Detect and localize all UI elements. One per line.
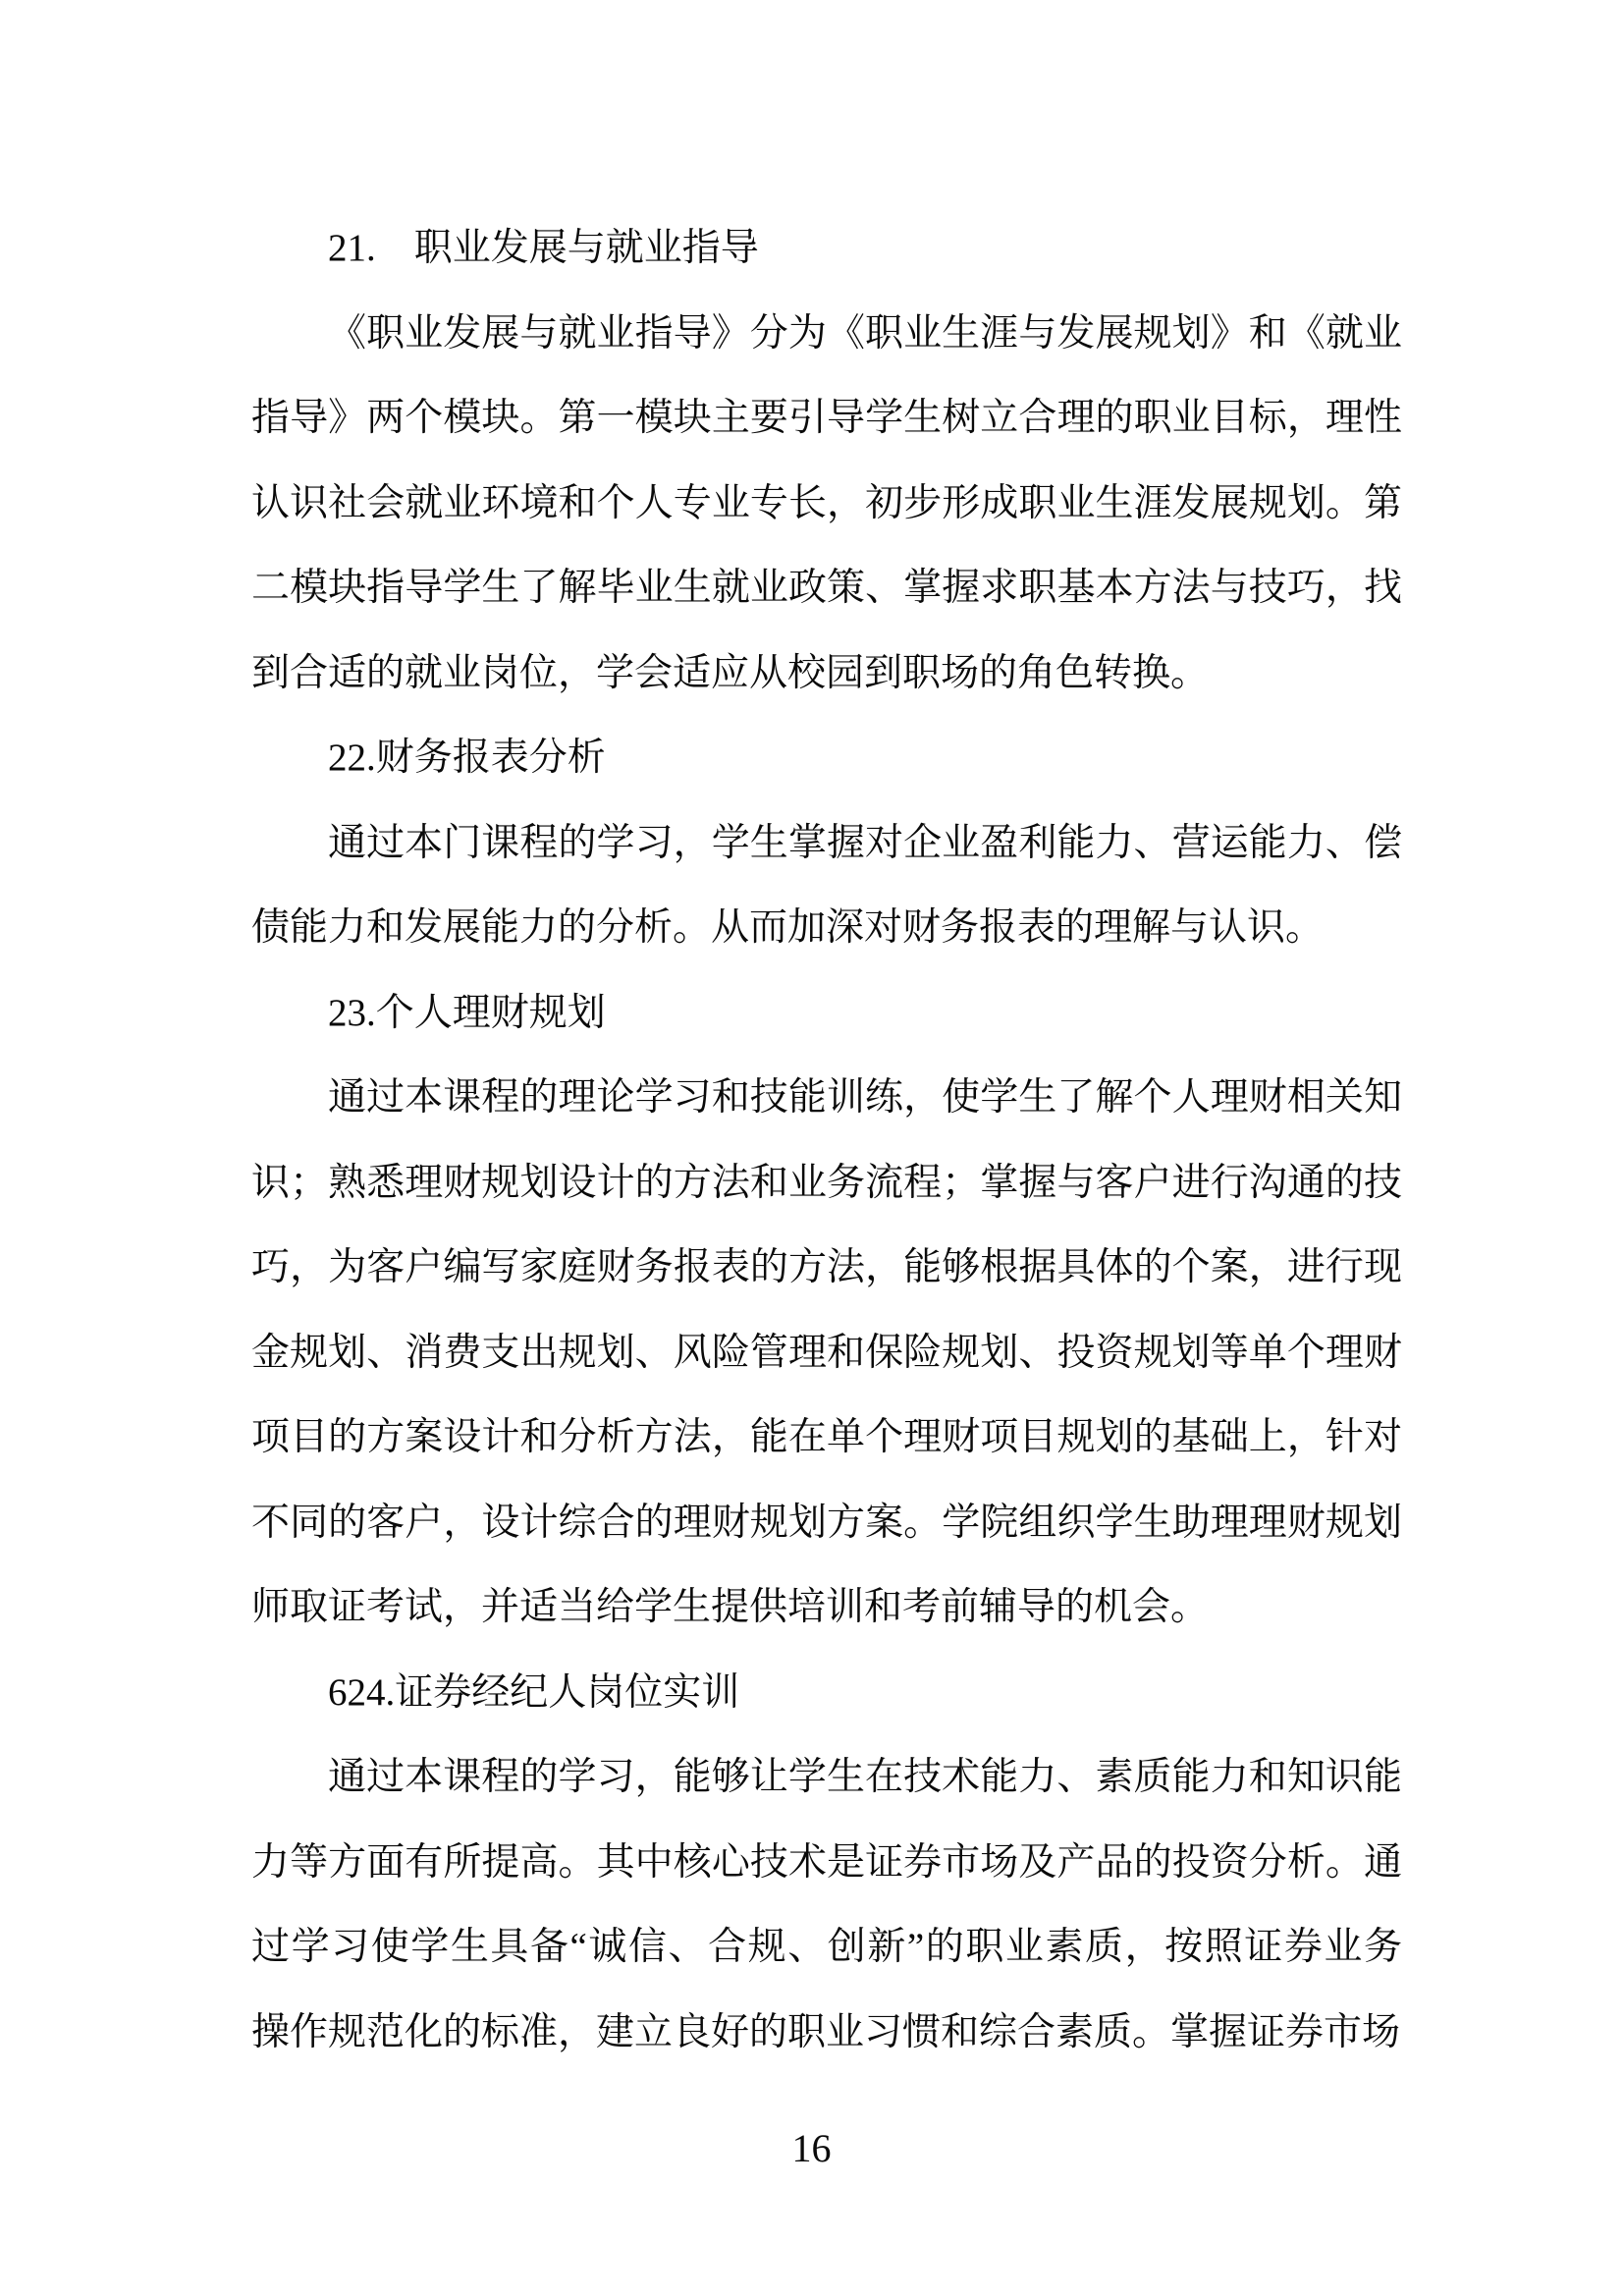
text-line: 金规划、消费支出规划、风险管理和保险规划、投资规划等单个理财: [251, 1311, 1402, 1396]
section-heading: 624.证券经纪人岗位实训: [251, 1651, 1402, 1736]
text-line: 认识社会就业环境和个人专业专长，初步形成职业生涯发展规划。第: [251, 462, 1402, 547]
text-line: 不同的客户，设计综合的理财规划方案。学院组织学生助理理财规划: [251, 1481, 1402, 1566]
text-line: 巧，为客户编写家庭财务报表的方法，能够根据具体的个案，进行现: [251, 1226, 1402, 1311]
text-line: 通过本课程的理论学习和技能训练，使学生了解个人理财相关知: [251, 1056, 1402, 1141]
section-heading: 21. 职业发展与就业指导: [251, 206, 1402, 292]
text-line: 《职业发展与就业指导》分为《职业生涯与发展规划》和《就业: [251, 292, 1402, 377]
page-number: 16: [0, 2127, 1623, 2170]
text-line: 债能力和发展能力的分析。从而加深对财务报表的理解与认识。: [251, 886, 1402, 971]
text-line: 指导》两个模块。第一模块主要引导学生树立合理的职业目标，理性: [251, 376, 1402, 462]
text-line: 识；熟悉理财规划设计的方法和业务流程；掌握与客户进行沟通的技: [251, 1141, 1402, 1227]
text-line: 项目的方案设计和分析方法，能在单个理财项目规划的基础上，针对: [251, 1395, 1402, 1481]
text-line: 力等方面有所提高。其中核心技术是证券市场及产品的投资分析。通: [251, 1821, 1402, 1906]
text-line: 过学习使学生具备“诚信、合规、创新”的职业素质，按照证券业务: [251, 1905, 1402, 1991]
section-heading: 23.个人理财规划: [251, 971, 1402, 1057]
text-line: 到合适的就业岗位，学会适应从校园到职场的角色转换。: [251, 631, 1402, 717]
text-line: 师取证考试，并适当给学生提供培训和考前辅导的机会。: [251, 1565, 1402, 1651]
text-line: 通过本门课程的学习，学生掌握对企业盈利能力、营运能力、偿: [251, 801, 1402, 887]
text-line: 操作规范化的标准，建立良好的职业习惯和综合素质。掌握证券市场: [251, 1991, 1402, 2076]
document-page: 21. 职业发展与就业指导《职业发展与就业指导》分为《职业生涯与发展规划》和《就…: [0, 0, 1623, 2296]
section-heading: 22.财务报表分析: [251, 716, 1402, 801]
text-block: 21. 职业发展与就业指导《职业发展与就业指导》分为《职业生涯与发展规划》和《就…: [251, 206, 1402, 2075]
text-line: 通过本课程的学习，能够让学生在技术能力、素质能力和知识能: [251, 1735, 1402, 1821]
text-line: 二模块指导学生了解毕业生就业政策、掌握求职基本方法与技巧，找: [251, 546, 1402, 631]
